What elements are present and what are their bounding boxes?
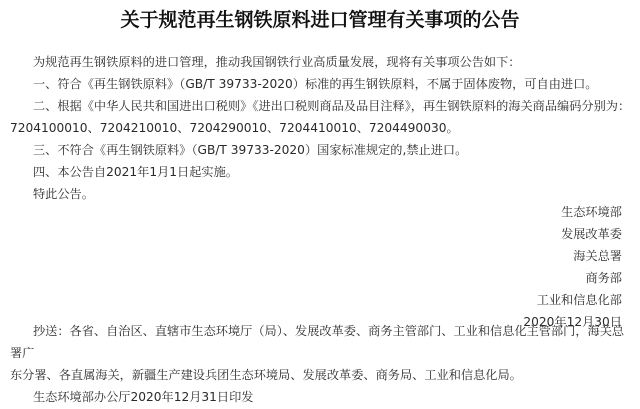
item-1-paragraph: 一、符合《再生钢铁原料》（GB/T 39733-2020）标准的再生钢铁原料，不… [10,73,635,95]
signatory-mee: 生态环境部 [523,201,622,223]
signature-block: 生态环境部 发展改革委 海关总署 商务部 工业和信息化部 2020年12月30日 [523,201,622,333]
intro-paragraph: 为规范再生钢铁原料的进口管理，推动我国钢铁行业高质量发展，现将有关事项公告如下： [10,51,635,73]
signatory-mofcom: 商务部 [523,267,622,289]
item-3-paragraph: 三、不符合《再生钢铁原料》（GB/T 39733-2020）国家标准规定的,禁止… [10,139,635,161]
item-4-paragraph: 四、本公告自2021年1月1日起实施。 [10,161,635,183]
document-title: 关于规范再生钢铁原料进口管理有关事项的公告 [0,8,640,32]
cc-block: 抄送：各省、自治区、直辖市生态环境厅（局）、发展改革委、商务主管部门、工业和信息… [10,320,630,408]
issued-by-line: 生态环境部办公厅2020年12月31日印发 [10,386,630,408]
item-2-paragraph: 二、根据《中华人民共和国进出口税则》《进出口税则商品及品目注释》，再生钢铁原料的… [10,95,635,117]
cc-line-1: 抄送：各省、自治区、直辖市生态环境厅（局）、发展改革委、商务主管部门、工业和信息… [10,320,630,364]
document-body: 为规范再生钢铁原料的进口管理，推动我国钢铁行业高质量发展，现将有关事项公告如下：… [10,51,635,205]
customs-codes-line: 7204100010、7204210010、7204290010、7204410… [10,117,635,139]
signatory-ndrc: 发展改革委 [523,223,622,245]
signatory-miit: 工业和信息化部 [523,289,622,311]
signatory-customs: 海关总署 [523,245,622,267]
cc-line-2: 东分署、各直属海关，新疆生产建设兵团生态环境局、发展改革委、商务局、工业和信息化… [10,364,630,386]
